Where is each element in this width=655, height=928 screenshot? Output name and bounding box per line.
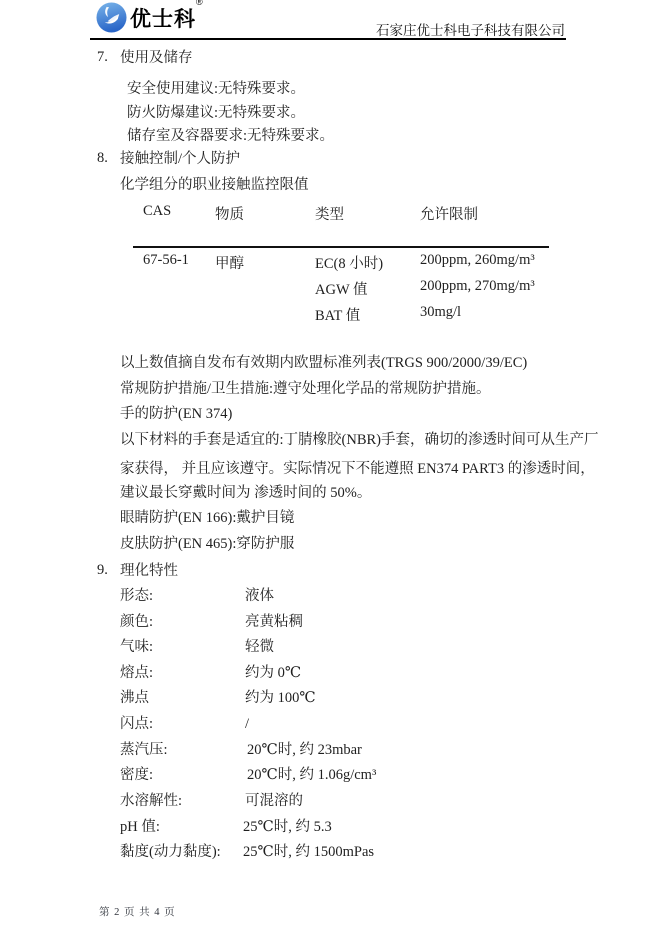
table-cell: EC(8 小时) — [315, 252, 383, 273]
property-label: pH 值: — [120, 818, 160, 836]
property-label: 蒸汽压: — [120, 741, 168, 759]
table-rule — [133, 246, 549, 248]
document-page: 优士科® 石家庄优士科电子科技有限公司 7. 使用及储存 安全使用建议:无特殊要… — [0, 0, 655, 928]
section-7-number: 7. — [97, 49, 108, 66]
property-value: 约为 0℃ — [245, 664, 301, 682]
section-7-item: 安全使用建议:无特殊要求。 — [127, 80, 305, 98]
section-9-title: 理化特性 — [120, 562, 178, 580]
table-header-type: 类型 — [315, 203, 344, 224]
property-label: 形态: — [120, 587, 153, 605]
registered-mark: ® — [196, 0, 204, 7]
property-label: 闪点: — [120, 715, 153, 733]
company-logo: 优士科® — [96, 2, 204, 33]
section-8-paragraph: 皮肤防护(EN 465):穿防护服 — [120, 535, 294, 553]
property-value: 液体 — [245, 587, 274, 605]
table-header-substance: 物质 — [215, 203, 244, 224]
table-header-limit: 允许限制 — [420, 203, 478, 224]
property-label: 水溶解性: — [120, 792, 182, 810]
section-7-item: 防火防爆建议:无特殊要求。 — [127, 104, 305, 122]
section-7-title: 使用及储存 — [120, 49, 193, 67]
section-8-intro: 化学组分的职业接触监控限值 — [120, 176, 309, 194]
table-cell: AGW 值 — [315, 278, 368, 299]
section-8-paragraph: 常规防护措施/卫生措施:遵守处理化学品的常规防护措施。 — [120, 380, 491, 398]
table-cell: BAT 值 — [315, 304, 360, 325]
section-8-paragraph: 以上数值摘自发布有效期内欧盟标准列表(TRGS 900/2000/39/EC) — [120, 354, 527, 372]
logo-globe-icon — [96, 2, 127, 33]
section-9-number: 9. — [97, 562, 108, 579]
property-label: 气味: — [120, 638, 153, 656]
property-label: 密度: — [120, 766, 153, 784]
table-header-cas: CAS — [143, 203, 171, 220]
table-cell: 67-56-1 — [143, 252, 189, 269]
logo-text: 优士科® — [130, 3, 204, 33]
company-name: 石家庄优士科电子科技有限公司 — [376, 19, 565, 39]
property-value: 20℃时, 约 23mbar — [247, 741, 362, 759]
section-8-paragraph: 眼睛防护(EN 166):戴护目镜 — [120, 509, 294, 527]
property-value: 25℃时, 约 1500mPas — [243, 843, 374, 861]
property-value: 轻微 — [245, 638, 274, 656]
table-cell: 甲醇 — [215, 252, 244, 273]
section-8-paragraph: 以下材料的手套是适宜的:丁腈橡胶(NBR)手套，确切的渗透时间可从生产厂 — [120, 431, 599, 449]
property-value: 约为 100℃ — [245, 689, 316, 707]
section-8-paragraph: 家获得， 并且应该遵守。实际情况下不能遵照 EN374 PART3 的渗透时间， — [120, 460, 595, 478]
table-cell: 200ppm, 260mg/m³ — [420, 252, 535, 269]
table-cell: 200ppm, 270mg/m³ — [420, 278, 535, 295]
property-value: 可混溶的 — [245, 792, 303, 810]
property-label: 黏度(动力黏度): — [120, 843, 221, 861]
table-cell: 30mg/l — [420, 304, 461, 321]
section-8-paragraph: 建议最长穿戴时间为 渗透时间的 50%。 — [120, 484, 371, 502]
property-value: / — [245, 715, 249, 733]
section-7-item: 储存室及容器要求:无特殊要求。 — [127, 127, 334, 145]
property-label: 沸点 — [120, 689, 149, 707]
section-8-number: 8. — [97, 150, 108, 167]
property-label: 颜色: — [120, 613, 153, 631]
page-number: 第 2 页 共 4 页 — [99, 904, 176, 919]
property-value: 20℃时, 约 1.06g/cm³ — [247, 766, 376, 784]
section-8-title: 接触控制/个人防护 — [120, 150, 240, 168]
header-rule — [90, 38, 566, 40]
property-value: 亮黄粘稠 — [245, 613, 303, 631]
property-value: 25℃时, 约 5.3 — [243, 818, 332, 836]
section-8-paragraph: 手的防护(EN 374) — [120, 405, 232, 423]
property-label: 熔点: — [120, 664, 153, 682]
